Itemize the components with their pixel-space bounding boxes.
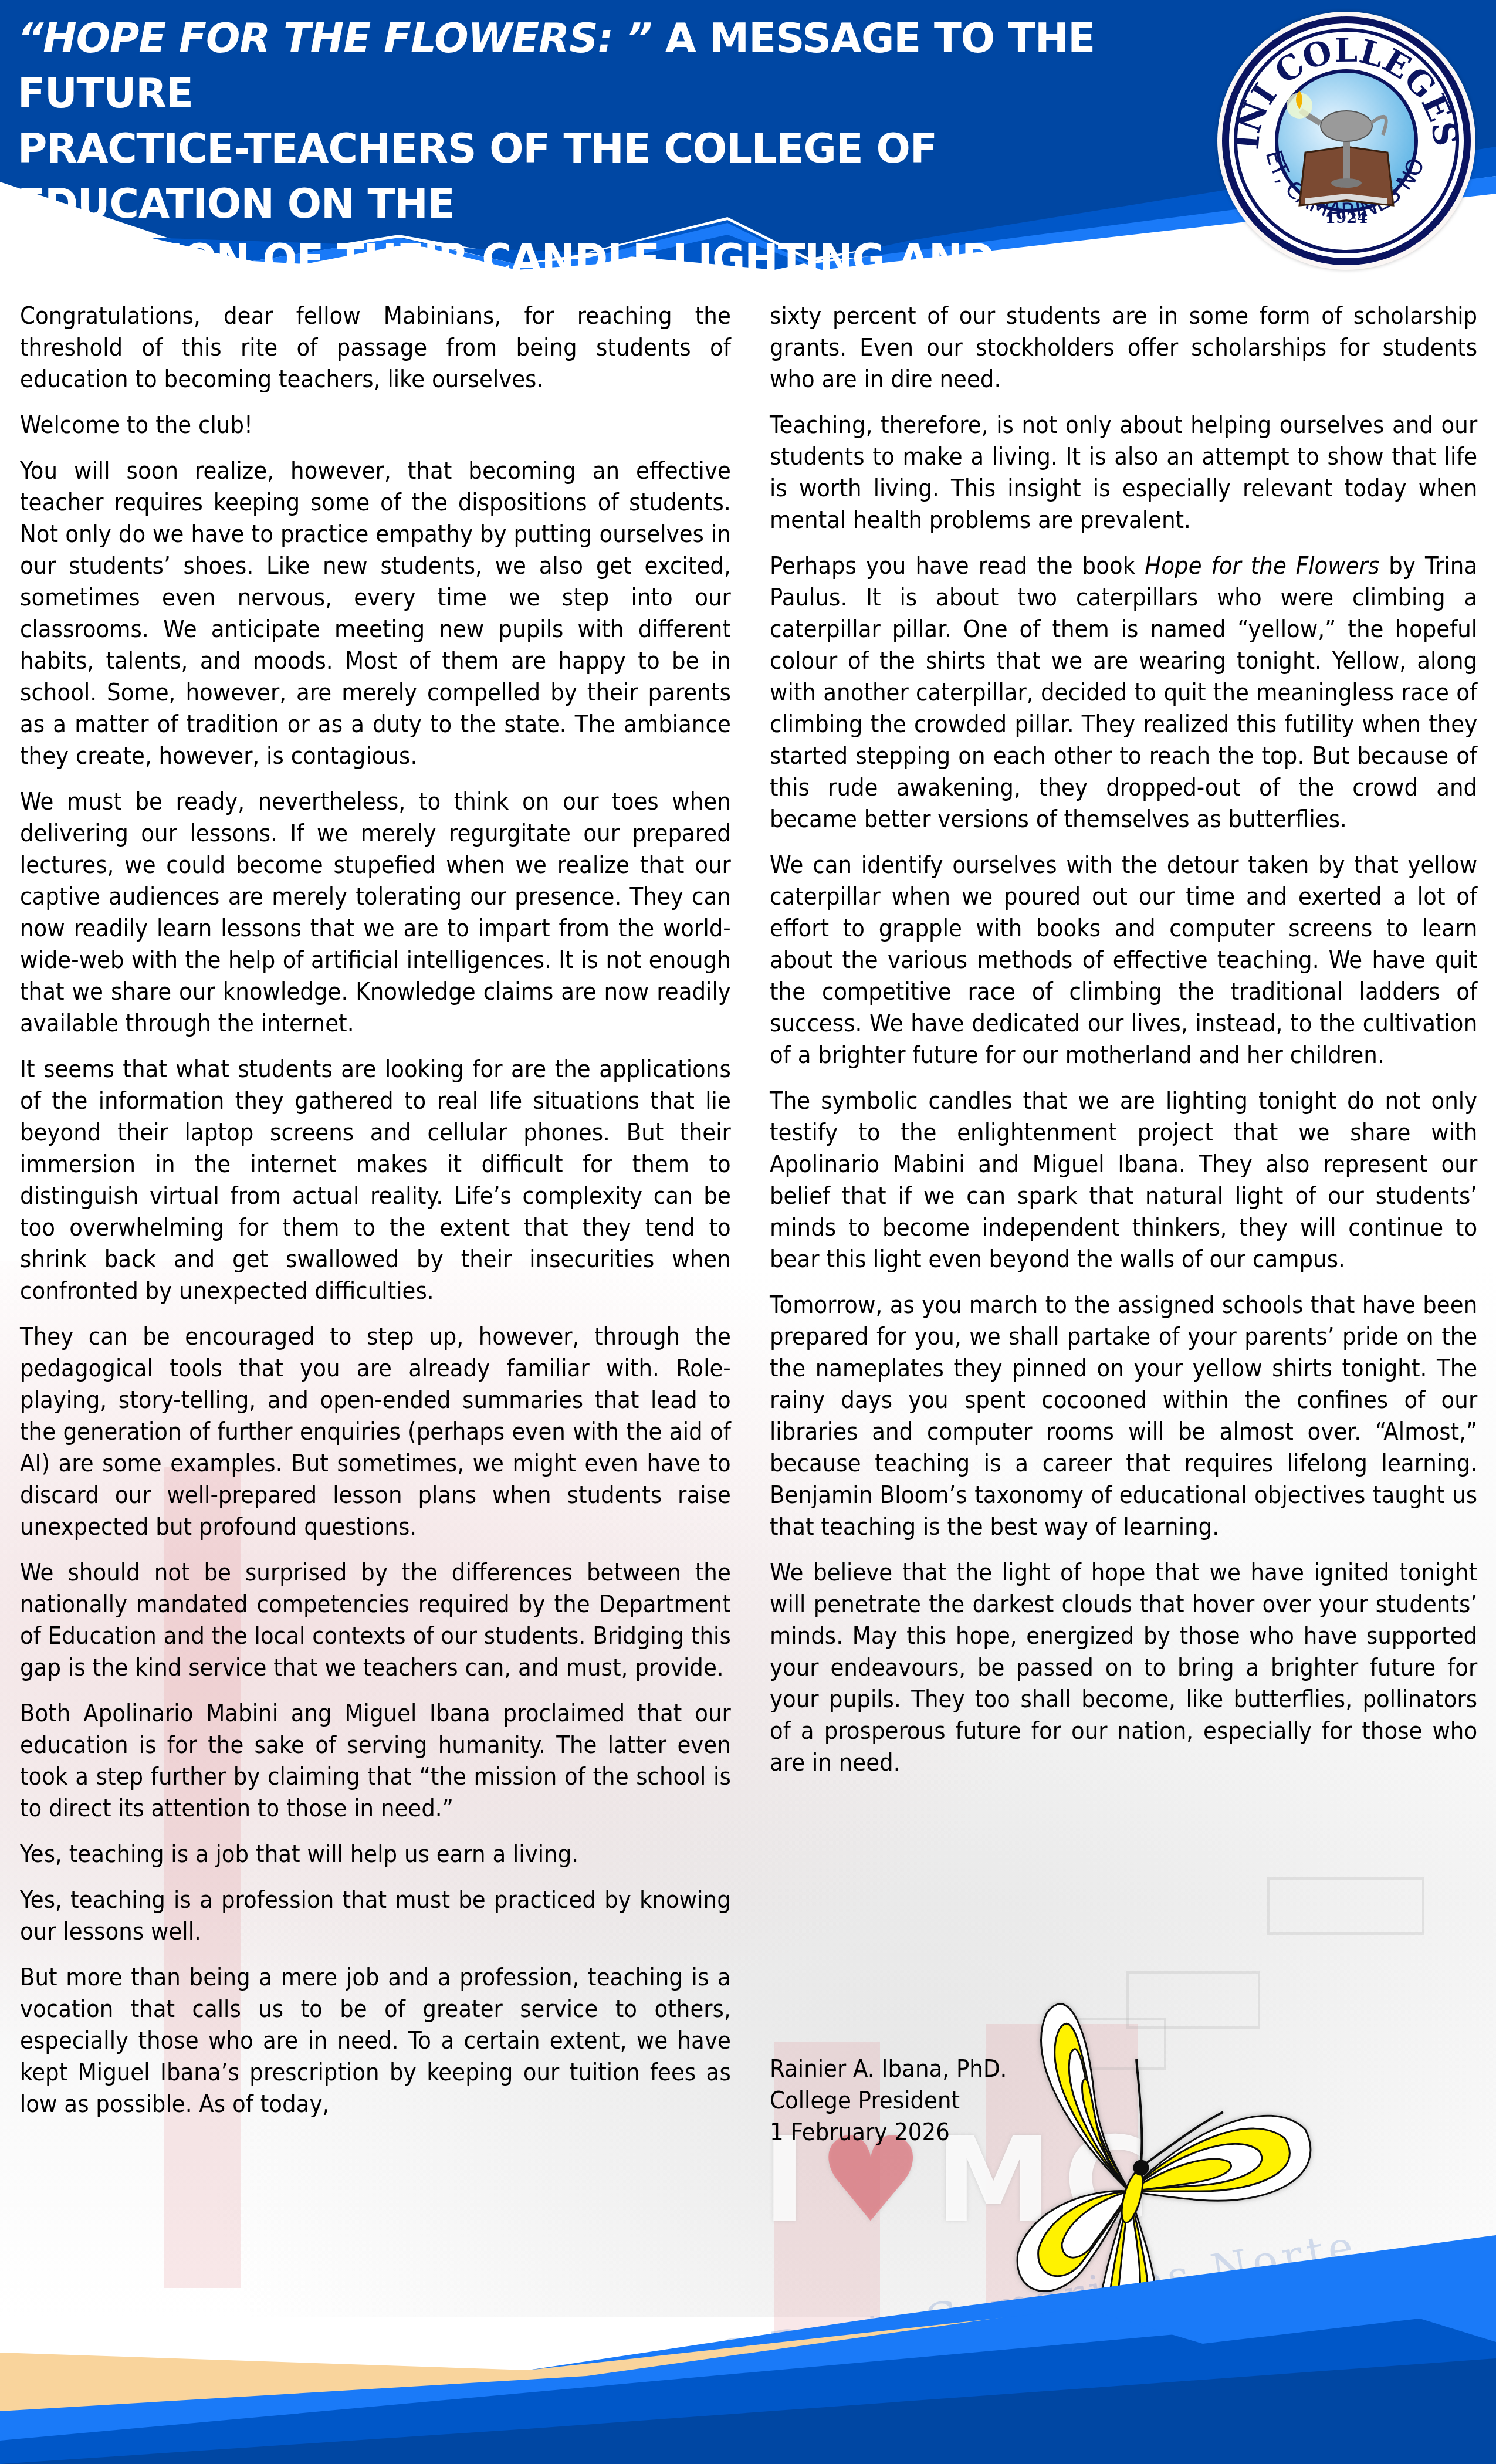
paragraph-hope-for-the-flowers: Perhaps you have read the book Hope for …: [770, 550, 1477, 835]
paragraph-life-worth-living: Teaching, therefore, is not only about h…: [770, 409, 1477, 536]
paragraph-yellow-caterpillar: We can identify ourselves with the detou…: [770, 849, 1477, 1071]
page-title: “Hope for the flowers: ” A MESSAGE TO TH…: [18, 11, 1184, 341]
paragraph-job: Yes, teaching is a job that will help us…: [20, 1839, 731, 1870]
paragraph-serving-humanity: Both Apolinario Mabini ang Miguel Ibana …: [20, 1698, 731, 1825]
paragraph-pedagogical-tools: They can be encouraged to step up, howev…: [20, 1321, 731, 1543]
paragraph-vocation: But more than being a mere job and a pro…: [20, 1962, 731, 2120]
letter-left-column: Congratulations, dear fellow Mabinians, …: [20, 300, 731, 2134]
letter-right-column: sixty percent of our students are in som…: [770, 300, 1477, 1793]
mabini-colleges-seal-logo: MABINI COLLEGES, Inc. DAET, CAMARINES NO…: [1217, 12, 1475, 270]
paragraph-symbolic-candles: The symbolic candles that we are lightin…: [770, 1085, 1477, 1275]
footer-banner: [0, 2165, 1496, 2464]
paragraph-profession: Yes, teaching is a profession that must …: [20, 1884, 731, 1948]
paragraph-think-on-toes: We must be ready, nevertheless, to think…: [20, 786, 731, 1040]
paragraph-competencies: We should not be surprised by the differ…: [20, 1557, 731, 1684]
paragraph-dispositions: You will soon realize, however, that bec…: [20, 455, 731, 772]
paragraph-light-of-hope: We believe that the light of hope that w…: [770, 1557, 1477, 1779]
seal-year: 1924: [1325, 209, 1368, 227]
paragraph-congratulations: Congratulations, dear fellow Mabinians, …: [20, 300, 731, 395]
book-title: Hope for the Flowers: [1145, 553, 1379, 580]
paragraph-tomorrow: Tomorrow, as you march to the assigned s…: [770, 1289, 1477, 1543]
paragraph-scholarships: sixty percent of our students are in som…: [770, 300, 1477, 395]
title-book-quote: “Hope for the flowers: ”: [18, 14, 652, 62]
paragraph-welcome: Welcome to the club!: [20, 409, 731, 441]
title-line-2: PRACTICE-TEACHERS OF THE COLLEGE OF EDUC…: [18, 124, 937, 228]
paragraph-real-life-applications: It seems that what students are looking …: [20, 1054, 731, 1307]
building-window: [1267, 1877, 1424, 1935]
